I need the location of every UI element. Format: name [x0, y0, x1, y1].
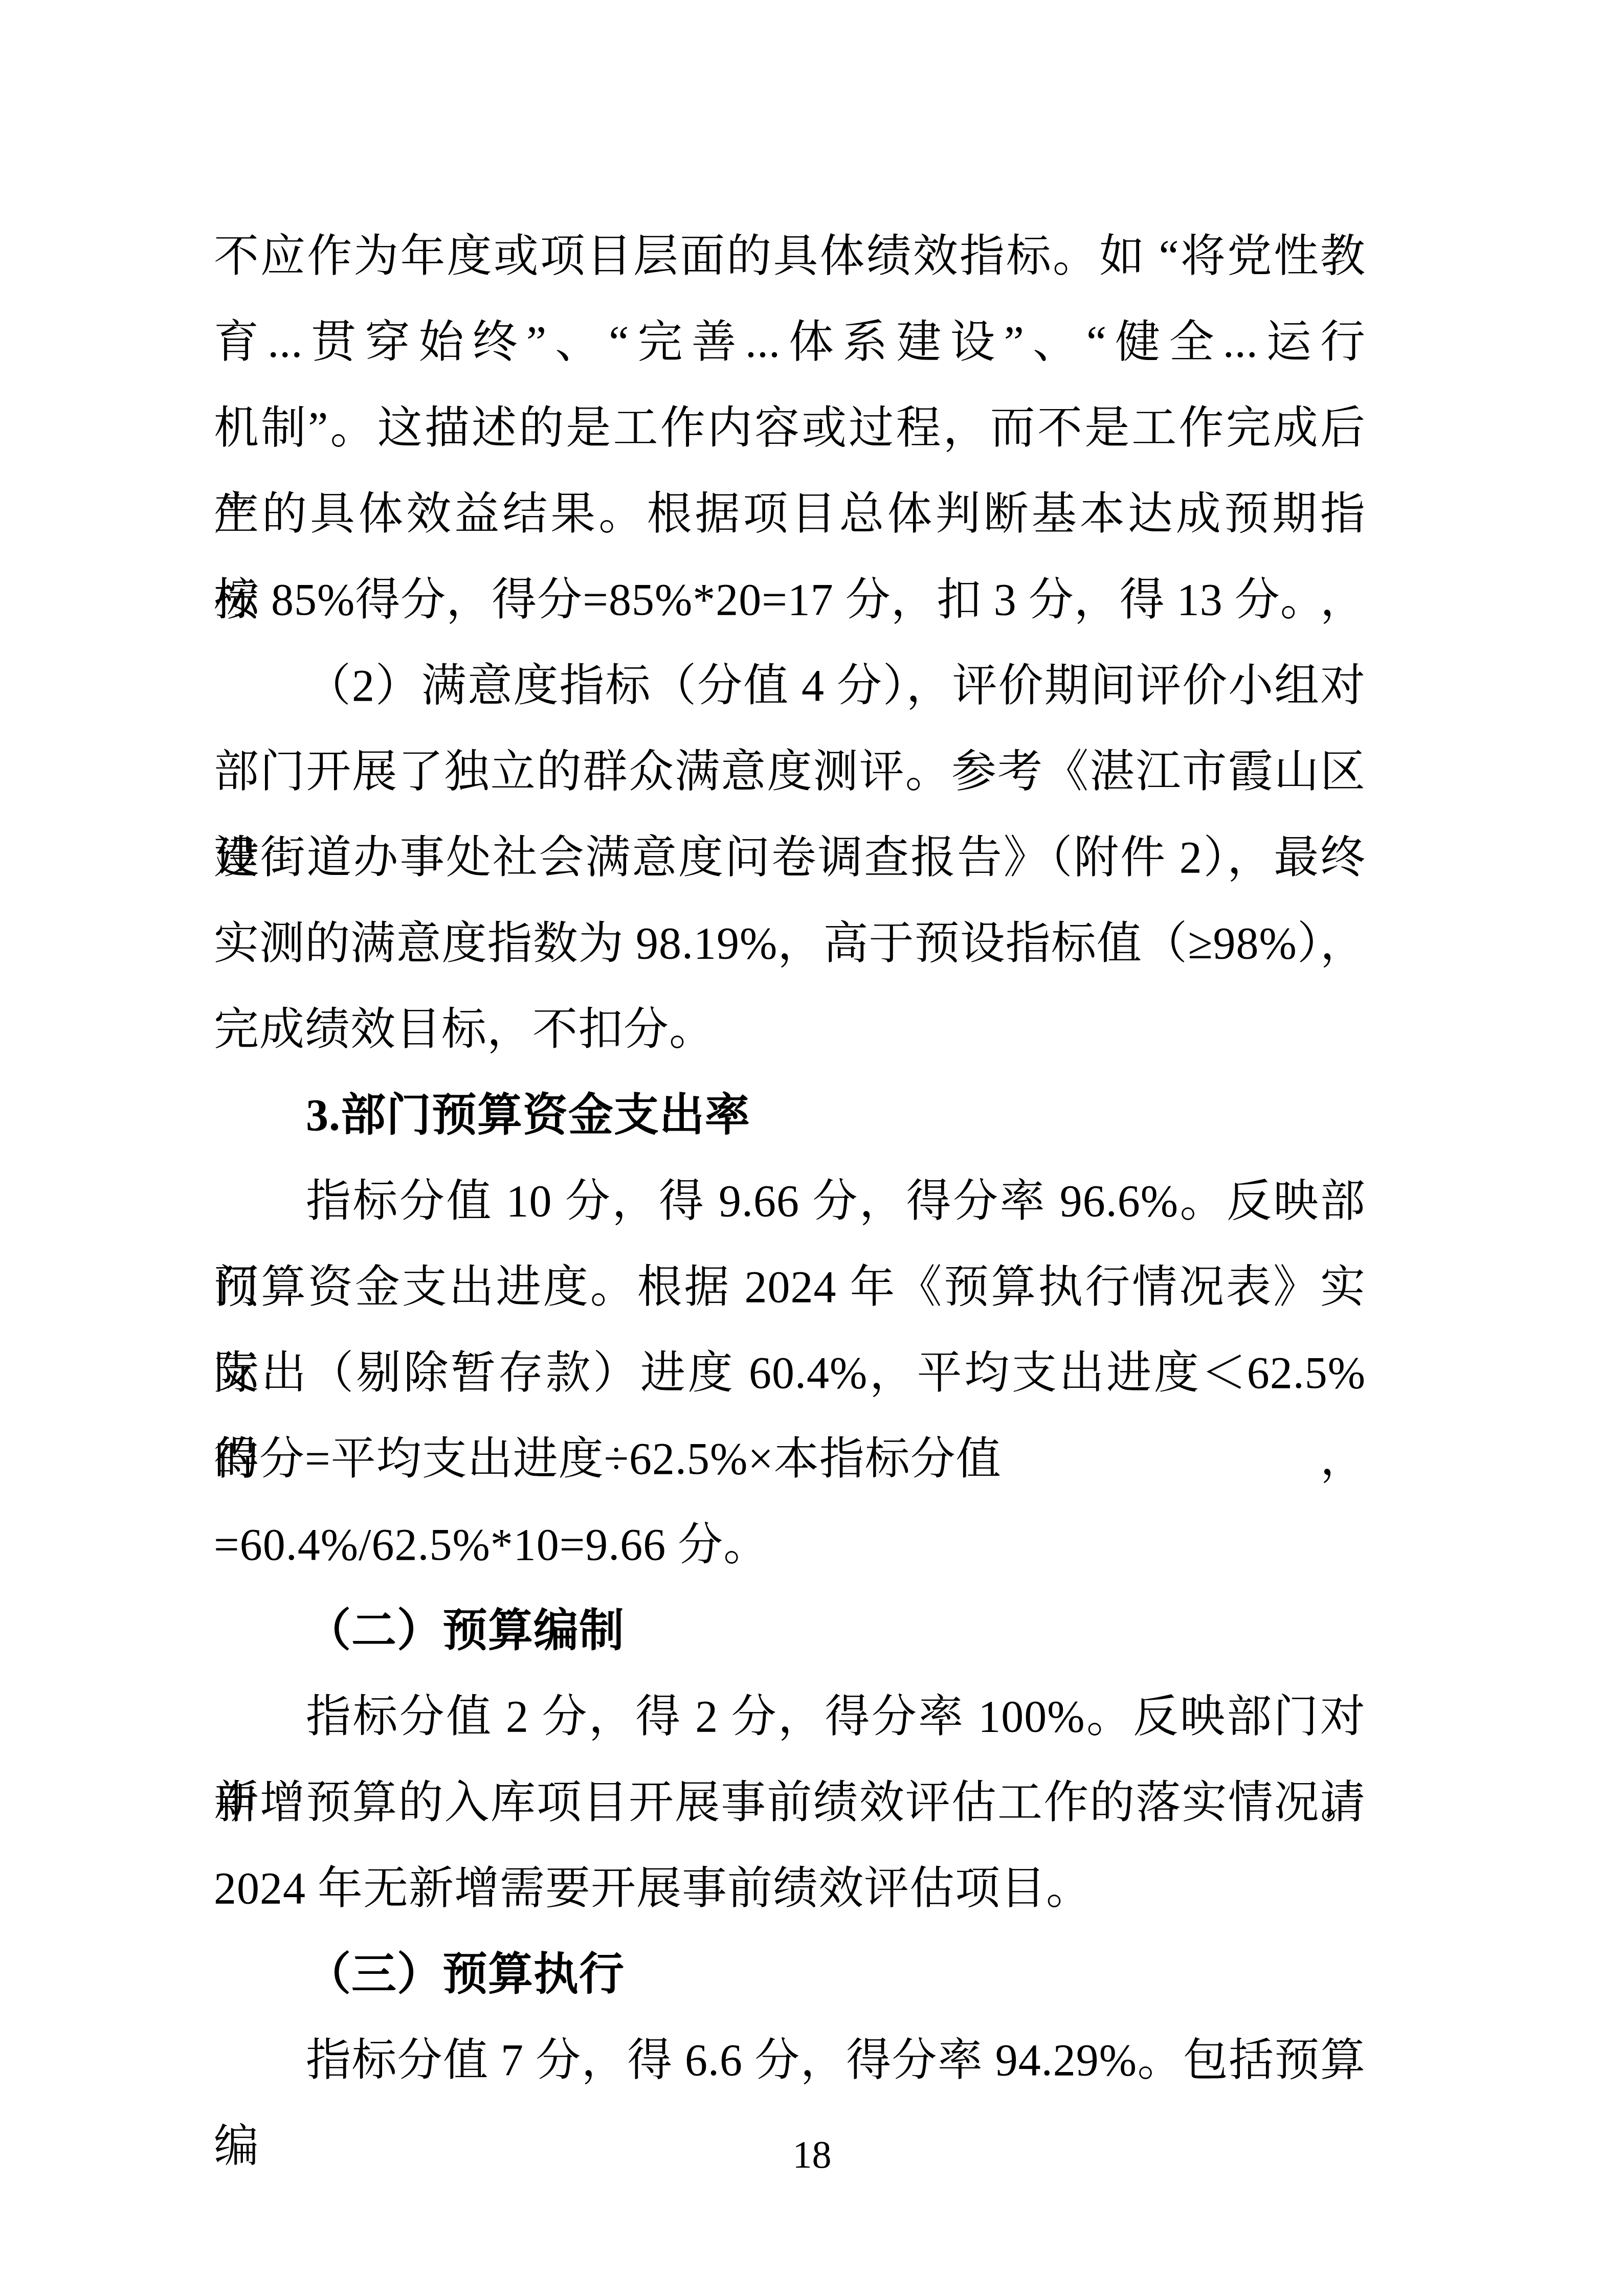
text-line: 2024 年无新增需要开展事前绩效评估项目。 — [214, 1846, 1366, 1932]
text-line: =60.4%/62.5%*10=9.66 分。 — [214, 1502, 1366, 1588]
text-line: （2）满意度指标（分值 4 分），评价期间评价小组对 — [214, 643, 1366, 729]
text-line: 育...贯穿始终”、“完善...体系建设”、“健全...运行 — [214, 300, 1366, 386]
text-line: 按 85%得分，得分=85%*20=17 分，扣 3 分，得 13 分。 — [214, 557, 1366, 643]
text-line: 机制”。这描述的是工作内容或过程，而不是工作完成后产 — [214, 386, 1366, 471]
text-block: 不应作为年度或项目层面的具体绩效指标。如 “将党性教育...贯穿始终”、“完善.… — [214, 214, 1366, 2104]
text-line: 新增预算的入库项目开展事前绩效评估工作的落实情况。 — [214, 1760, 1366, 1846]
text-line: 支出（剔除暂存款）进度 60.4%，平均支出进度＜62.5%的， — [214, 1331, 1366, 1416]
text-line: 指标分值 7 分，得 6.6 分，得分率 94.29%。包括预算编 — [214, 2018, 1366, 2104]
heading-line: （二）预算编制 — [214, 1588, 1366, 1674]
text-line: 不应作为年度或项目层面的具体绩效指标。如 “将党性教 — [214, 214, 1366, 300]
text-line: 指标分值 2 分，得 2 分，得分率 100%。反映部门对申请 — [214, 1674, 1366, 1760]
heading-line: 3.部门预算资金支出率 — [214, 1073, 1366, 1159]
text-line: 预算资金支出进度。根据 2024 年《预算执行情况表》实际 — [214, 1245, 1366, 1331]
document-page: 不应作为年度或项目层面的具体绩效指标。如 “将党性教育...贯穿始终”、“完善.… — [0, 0, 1624, 2296]
page-number: 18 — [0, 2126, 1624, 2184]
text-line: 实测的满意度指数为 98.19%，高于预设指标值（≥98%）， — [214, 901, 1366, 987]
text-line: 完成绩效目标，不扣分。 — [214, 987, 1366, 1073]
text-line: 生的具体效益结果。根据项目总体判断基本达成预期指标， — [214, 471, 1366, 557]
text-line: 指标分值 10 分，得 9.66 分，得分率 96.6%。反映部门 — [214, 1159, 1366, 1245]
text-line: 设街道办事处社会满意度问卷调查报告》（附件 2），最终 — [214, 815, 1366, 901]
text-line: 部门开展了独立的群众满意度测评。参考《湛江市霞山区建 — [214, 729, 1366, 815]
heading-line: （三）预算执行 — [214, 1932, 1366, 2018]
